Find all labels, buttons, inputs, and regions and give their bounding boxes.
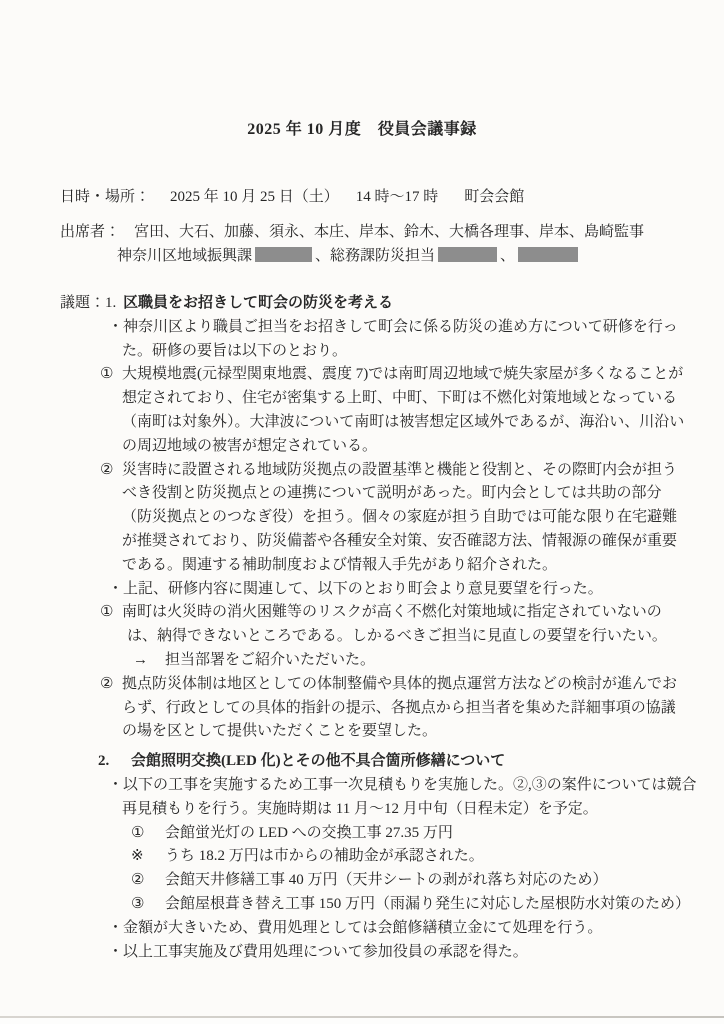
body-line: （南町は対象外）。大津波について南町は被害想定区域外であるが、海沿い、川沿い — [0, 411, 724, 435]
line-marker: ② — [131, 869, 165, 893]
line-text: 以下の工事を実施するため工事一次見積もりを実施した。②,③の案件については競合 — [123, 777, 696, 793]
body-line: 想定されており、住宅が密集する上町、中町、下町は不燃化対策地域となっている — [0, 387, 724, 411]
scanned-meeting-minutes-page: 2025 年 10 月度 役員会議事録 日時・場所：2025 年 10 月 25… — [0, 0, 724, 1024]
line-marker: ② — [100, 459, 122, 483]
line-marker: ・ — [108, 319, 123, 335]
line-text: 担当部署をご紹介いただいた。 — [165, 652, 375, 668]
guest-separator-1: 、 — [315, 248, 330, 264]
guest-org-2: 総務課防災担当 — [330, 248, 435, 264]
body-line: べき役割と防災拠点との連携について説明があった。町内会としては共助の部分 — [0, 482, 724, 506]
line-text: 会館蛍光灯の LED への交換工事 27.35 万円 — [165, 825, 453, 841]
line-marker: → — [133, 649, 165, 673]
line-marker: ③ — [131, 893, 165, 917]
line-text: （南町は対象外）。大津波について南町は被害想定区域外であるが、海沿い、川沿い — [122, 414, 684, 430]
line-text: の場を区として提供いただくことを要望した。 — [122, 723, 437, 739]
topic-2-heading: 会館照明交換(LED 化)とその他不具合箇所修繕について — [131, 753, 505, 769]
body-line: ・上記、研修内容に関連して、以下のとおり町会より意見要望を行った。 — [0, 578, 724, 602]
redaction-box — [518, 247, 578, 262]
line-text: べき役割と防災拠点との連携について説明があった。町内会としては共助の部分 — [122, 485, 662, 501]
redaction-box — [438, 247, 497, 262]
agenda-body: 議題：1.区職員をお招きして町会の防災を考える ・神奈川区より職員ご担当をお招き… — [0, 292, 724, 964]
body-line: ①南町は火災時の消火困難等のリスクが高く不燃化対策地域に指定されていないの — [0, 601, 724, 625]
topic-1-label: 議題：1. — [60, 292, 123, 316]
body-line: ①大規模地震(元禄型関東地震、震度 7)では南町周辺地域で焼失家屋が多くなること… — [0, 363, 724, 387]
line-text: 想定されており、住宅が密集する上町、中町、下町は不燃化対策地域となっている — [122, 390, 677, 406]
body-line: ③会館屋根葺き替え工事 150 万円（雨漏り発生に対応した屋根防水対策のため） — [0, 893, 724, 917]
line-text: である。関連する補助制度および情報入手先があり紹介された。 — [122, 557, 557, 573]
topic-2-heading-line: 2.会館照明交換(LED 化)とその他不具合箇所修繕について — [0, 750, 724, 774]
line-marker: ・ — [108, 777, 123, 793]
topic-1-heading-line: 議題：1.区職員をお招きして町会の防災を考える — [0, 292, 724, 316]
line-marker: ① — [100, 363, 122, 387]
line-text: らず、行政としての具体的指針の提示、各拠点から担当者を集めた詳細事項の協議 — [122, 700, 676, 716]
body-line: である。関連する補助制度および情報入手先があり紹介された。 — [0, 554, 724, 578]
meeting-time: 14 時～17 時 — [356, 189, 439, 205]
body-line: ※うち 18.2 万円は市からの補助金が承認された。 — [0, 845, 724, 869]
body-line: ②会館天井修繕工事 40 万円（天井シートの剥がれ落ち対応のため） — [0, 869, 724, 893]
datetime-label: 日時・場所： — [60, 185, 150, 206]
line-text: が推奨されており、防災備蓄や各種安全対策、安否確認方法、情報源の確保が重要 — [122, 533, 677, 549]
guest-org-1: 神奈川区地域振興課 — [117, 248, 252, 264]
body-line: ・以下の工事を実施するため工事一次見積もりを実施した。②,③の案件については競合 — [0, 774, 724, 798]
line-text: 神奈川区より職員ご担当をお招きして町会に係る防災の進め方について研修を行っ — [123, 319, 678, 335]
body-line: ・以上工事実施及び費用処理について参加役員の承認を得た。 — [0, 941, 724, 965]
body-line: の場を区として提供いただくことを要望した。 — [0, 720, 724, 744]
body-line: らず、行政としての具体的指針の提示、各拠点から担当者を集めた詳細事項の協議 — [0, 697, 724, 721]
line-text: 拠点防災体制は地区としての体制整備や具体的拠点運営方法などの検討が進んでお — [122, 676, 677, 692]
line-text: 会館天井修繕工事 40 万円（天井シートの剥がれ落ち対応のため） — [165, 872, 608, 888]
attendees-line: 出席者：宮田、大石、加藤、須永、本庄、岸本、鈴木、大橋各理事、岸本、島崎監事 — [60, 220, 644, 241]
topic-1-heading: 区職員をお招きして町会の防災を考える — [123, 295, 393, 311]
line-text: 会館屋根葺き替え工事 150 万円（雨漏り発生に対応した屋根防水対策のため） — [165, 896, 690, 912]
line-marker: ・ — [108, 944, 123, 960]
body-line: ①会館蛍光灯の LED への交換工事 27.35 万円 — [0, 822, 724, 846]
guest-separator-2: 、 — [500, 248, 515, 264]
line-text: （防災拠点とのつなぎ役）を担う。個々の家庭が担う自助では可能な限り在宅避難 — [122, 509, 677, 525]
line-marker: ② — [100, 673, 122, 697]
meeting-venue: 町会会館 — [464, 189, 524, 205]
attendees-label: 出席者： — [60, 220, 120, 241]
redaction-box — [255, 247, 312, 262]
body-line: （防災拠点とのつなぎ役）を担う。個々の家庭が担う自助では可能な限り在宅避難 — [0, 506, 724, 530]
scanner-edge-margin — [0, 1018, 724, 1024]
line-text: た。研修の要旨は以下のとおり。 — [122, 343, 347, 359]
line-text: 金額が大きいため、費用処理としては会館修繕積立金にて処理を行う。 — [123, 920, 602, 936]
body-line: 再見積もりを行う。実施時期は 11 月～12 月中旬（日程未定）を予定。 — [0, 798, 724, 822]
line-text: の周辺地域の被害が想定されている。 — [122, 438, 377, 454]
topic-2-label: 2. — [98, 750, 131, 774]
line-marker: ※ — [131, 845, 165, 869]
body-line: が推奨されており、防災備蓄や各種安全対策、安否確認方法、情報源の確保が重要 — [0, 530, 724, 554]
body-line: ②災害時に設置される地域防災拠点の設置基準と機能と役割と、その際町内会が担う — [0, 459, 724, 483]
line-marker: ・ — [108, 920, 123, 936]
topic-1-lines: ・神奈川区より職員ご担当をお招きして町会に係る防災の進め方について研修を行った。… — [0, 316, 724, 744]
line-text: うち 18.2 万円は市からの補助金が承認された。 — [165, 848, 484, 864]
line-text: は、納得できないところである。しかるべきご担当に見直しの要望を行いたい。 — [127, 628, 667, 644]
line-text: 再見積もりを行う。実施時期は 11 月～12 月中旬（日程未定）を予定。 — [122, 801, 598, 817]
attendees-names: 宮田、大石、加藤、須永、本庄、岸本、鈴木、大橋各理事、岸本、島崎監事 — [134, 224, 644, 240]
datetime-venue-line: 日時・場所：2025 年 10 月 25 日（土）14 時～17 時町会会館 — [60, 185, 524, 206]
line-marker: ・ — [108, 581, 123, 597]
topic-2-lines: ・以下の工事を実施するため工事一次見積もりを実施した。②,③の案件については競合… — [0, 774, 724, 964]
body-line: は、納得できないところである。しかるべきご担当に見直しの要望を行いたい。 — [0, 625, 724, 649]
line-marker: ① — [131, 822, 165, 846]
body-line: の周辺地域の被害が想定されている。 — [0, 435, 724, 459]
document-title: 2025 年 10 月度 役員会議事録 — [0, 116, 724, 139]
line-text: 上記、研修内容に関連して、以下のとおり町会より意見要望を行った。 — [123, 581, 603, 597]
line-text: 南町は火災時の消火困難等のリスクが高く不燃化対策地域に指定されていないの — [122, 604, 662, 620]
body-line: た。研修の要旨は以下のとおり。 — [0, 340, 724, 364]
meeting-date: 2025 年 10 月 25 日（土） — [170, 189, 339, 205]
attendees-guests-line: 神奈川区地域振興課、総務課防災担当、 — [117, 244, 581, 265]
body-line: ②拠点防災体制は地区としての体制整備や具体的拠点運営方法などの検討が進んでお — [0, 673, 724, 697]
line-text: 大規模地震(元禄型関東地震、震度 7)では南町周辺地域で焼失家屋が多くなることが — [122, 366, 683, 382]
line-marker: ① — [100, 601, 122, 625]
line-text: 以上工事実施及び費用処理について参加役員の承認を得た。 — [123, 944, 528, 960]
line-text: 災害時に設置される地域防災拠点の設置基準と機能と役割と、その際町内会が担う — [122, 462, 677, 478]
body-line: →担当部署をご紹介いただいた。 — [0, 649, 724, 673]
body-line: ・神奈川区より職員ご担当をお招きして町会に係る防災の進め方について研修を行っ — [0, 316, 724, 340]
body-line: ・金額が大きいため、費用処理としては会館修繕積立金にて処理を行う。 — [0, 917, 724, 941]
